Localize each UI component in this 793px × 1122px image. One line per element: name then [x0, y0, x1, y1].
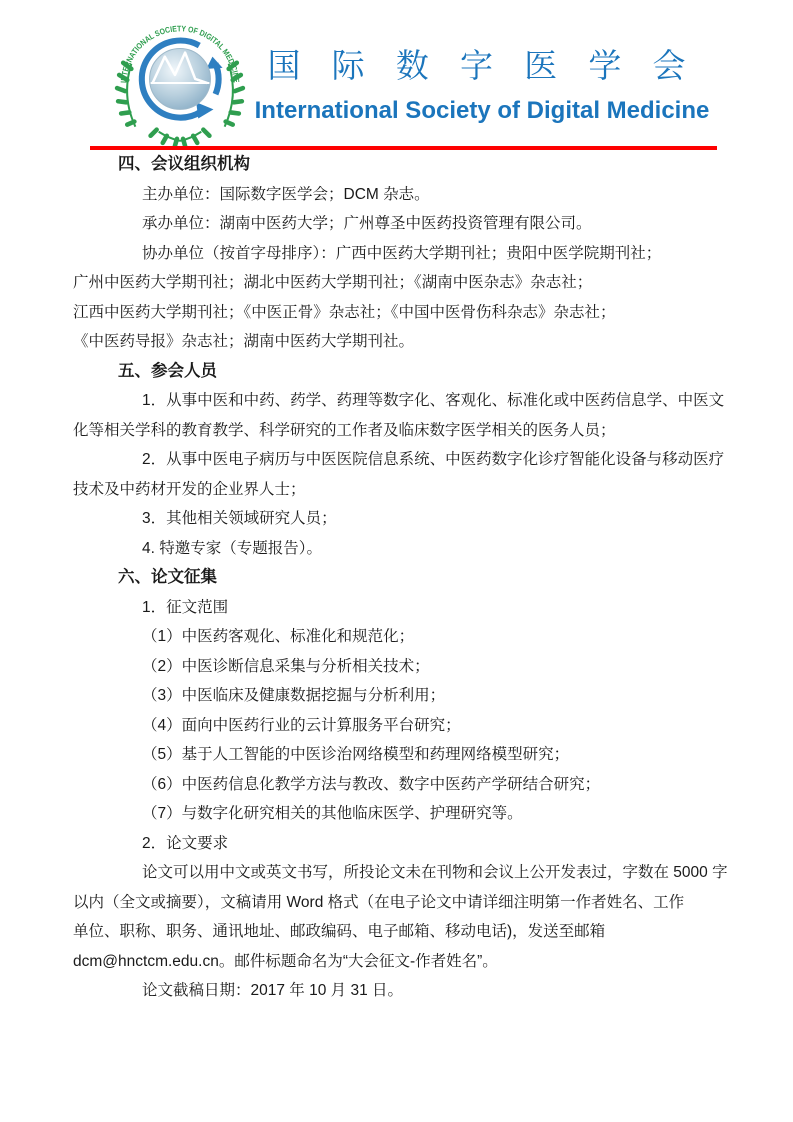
doc-line: 化等相关学科的教育教学、科学研究的工作者及临床数字医学相关的医务人员；	[73, 416, 763, 446]
society-title-en: International Society of Digital Medicin…	[248, 97, 716, 125]
isdm-logo: INTERNATIONAL SOCIETY OF DIGITAL MEDICIN…	[114, 10, 246, 152]
section-heading: 六、论文征集	[73, 563, 763, 593]
document-body: 四、会议组织机构主办单位：国际数字医学会；DCM 杂志。承办单位：湖南中医药大学…	[73, 150, 763, 1006]
globe-mountain-icon	[150, 49, 211, 110]
doc-line: 单位、职称、职务、通讯地址、邮政编码、电子邮箱、移动电话)，发送至邮箱	[73, 917, 763, 947]
doc-line: 论文可以用中文或英文书写，所投论文未在刊物和会议上公开发表过，字数在 5000 …	[73, 858, 763, 888]
doc-line: 协办单位（按首字母排序）：广西中医药大学期刊社；贵阳中医学院期刊社；	[73, 239, 763, 269]
doc-line: 1．征文范围	[73, 593, 763, 623]
doc-line: 主办单位：国际数字医学会；DCM 杂志。	[73, 180, 763, 210]
doc-line: 以内（全文或摘要），文稿请用 Word 格式（在电子论文中请详细注明第一作者姓名…	[73, 888, 763, 918]
doc-line: 承办单位：湖南中医药大学；广州尊圣中医药投资管理有限公司。	[73, 209, 763, 239]
doc-line: （2）中医诊断信息采集与分析相关技术；	[73, 652, 763, 682]
doc-line: （5）基于人工智能的中医诊治网络模型和药理网络模型研究；	[73, 740, 763, 770]
doc-line: （7）与数字化研究相关的其他临床医学、护理研究等。	[73, 799, 763, 829]
section-heading: 四、会议组织机构	[73, 150, 763, 180]
doc-line: dcm@hnctcm.edu.cn。邮件标题命名为“大会征文-作者姓名”。	[73, 947, 763, 977]
doc-line: 3．其他相关领域研究人员；	[73, 504, 763, 534]
doc-line: 《中医药导报》杂志社；湖南中医药大学期刊社。	[73, 327, 763, 357]
doc-line: 技术及中药材开发的企业界人士；	[73, 475, 763, 505]
document-page: INTERNATIONAL SOCIETY OF DIGITAL MEDICIN…	[0, 0, 793, 1122]
doc-line: 4. 特邀专家（专题报告）。	[73, 534, 763, 564]
doc-line: （1）中医药客观化、标准化和规范化；	[73, 622, 763, 652]
doc-line: （3）中医临床及健康数据挖掘与分析利用；	[73, 681, 763, 711]
doc-line: 广州中医药大学期刊社；湖北中医药大学期刊社；《湖南中医杂志》杂志社；	[73, 268, 763, 298]
header-titles: 国 际 数 字 医 学 会 International Society of D…	[248, 40, 716, 125]
doc-line: 2．论文要求	[73, 829, 763, 859]
isdm-logo-icon: INTERNATIONAL SOCIETY OF DIGITAL MEDICIN…	[114, 10, 246, 152]
society-title-zh: 国 际 数 字 医 学 会	[248, 40, 716, 87]
doc-line: 2．从事中医电子病历与中医医院信息系统、中医药数字化诊疗智能化设备与移动医疗	[73, 445, 763, 475]
doc-line: 1．从事中医和中药、药学、药理等数字化、客观化、标准化或中医药信息学、中医文	[73, 386, 763, 416]
doc-line: （4）面向中医药行业的云计算服务平台研究；	[73, 711, 763, 741]
doc-line: 论文截稿日期：2017 年 10 月 31 日。	[73, 976, 763, 1006]
section-heading: 五、参会人员	[73, 357, 763, 387]
doc-line: （6）中医药信息化教学方法与教改、数字中医药产学研结合研究；	[73, 770, 763, 800]
doc-line: 江西中医药大学期刊社；《中医正骨》杂志社；《中国中医骨伤科杂志》杂志社；	[73, 298, 763, 328]
